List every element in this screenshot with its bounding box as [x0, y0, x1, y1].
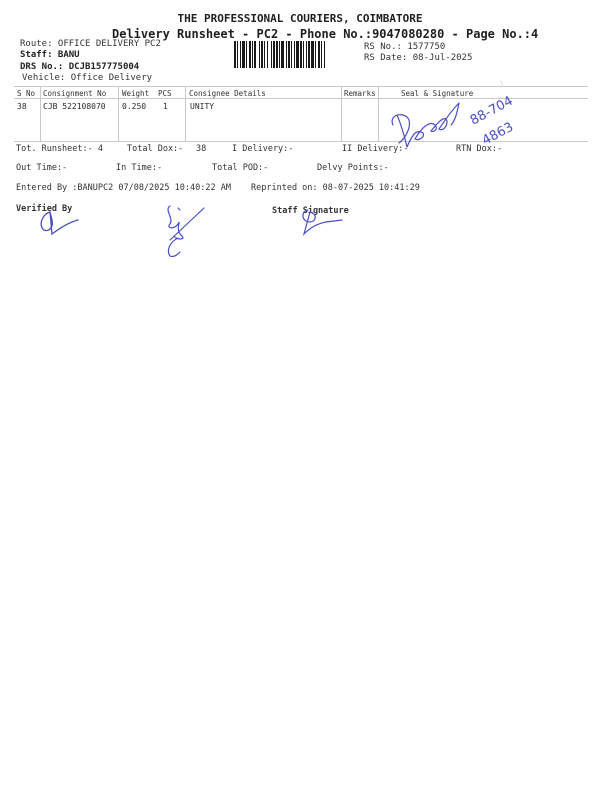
total-dox-label: Total Dox:- [127, 144, 183, 154]
out-time: Out Time:- [16, 163, 67, 173]
delvy-points: Delvy Points:- [317, 163, 389, 173]
entered-by: Entered By :BANUPC2 07/08/2025 10:40:22 … [16, 183, 231, 193]
cell-weight: 0.250 [122, 102, 146, 111]
cell-sno: 38 [17, 102, 27, 111]
col-header-sno: S No [17, 89, 35, 98]
verifier-signature-icon [36, 208, 86, 238]
staff-label: Staff: BANU [20, 50, 80, 60]
col-header-consignee: Consignee Details [189, 89, 266, 98]
in-time: In Time:- [116, 163, 162, 173]
cell-consignee: UNITY [190, 102, 214, 111]
staff-signature-icon [296, 204, 346, 239]
table-top-rule [14, 86, 588, 87]
col-divider [378, 86, 379, 141]
col-divider [118, 86, 119, 141]
barcode-image [234, 41, 356, 68]
cell-pcs: 1 [163, 102, 168, 111]
tot-runsheet: Tot. Runsheet:- 4 [16, 144, 103, 154]
company-title: THE PROFESSIONAL COURIERS, COIMBATORE [0, 12, 600, 25]
drs-number: DRS No.: DCJB157775004 [20, 62, 139, 72]
col-header-pcs: PCS [158, 89, 172, 98]
total-dox-value: 38 [196, 144, 206, 154]
cell-consignment-no: CJB 522108070 [43, 102, 106, 111]
i-delivery: I Delivery:- [232, 144, 293, 154]
col-header-weight: Weight [122, 89, 149, 98]
runsheet-title: Delivery Runsheet - PC2 - Phone No.:9047… [112, 27, 538, 41]
rtn-dox: RTN Dox:- [456, 144, 502, 154]
officer-signature-icon [160, 200, 210, 260]
route-label: Route: OFFICE DELIVERY PC2 [20, 39, 161, 49]
vehicle-label: Vehicle: Office Delivery [22, 73, 152, 83]
col-divider [185, 86, 186, 141]
total-pod: Total POD:- [212, 163, 268, 173]
col-divider [40, 86, 41, 141]
ii-delivery: II Delivery:- [342, 144, 409, 154]
rs-date: RS Date: 08-Jul-2025 [364, 53, 472, 63]
col-header-remarks: Remarks [344, 89, 376, 98]
rs-number: RS No.: 1577750 [364, 42, 445, 52]
col-divider [341, 86, 342, 141]
col-header-consignment: Consignment No [43, 89, 106, 98]
reprinted-on: Reprinted on: 08-07-2025 10:41:29 [251, 183, 420, 193]
